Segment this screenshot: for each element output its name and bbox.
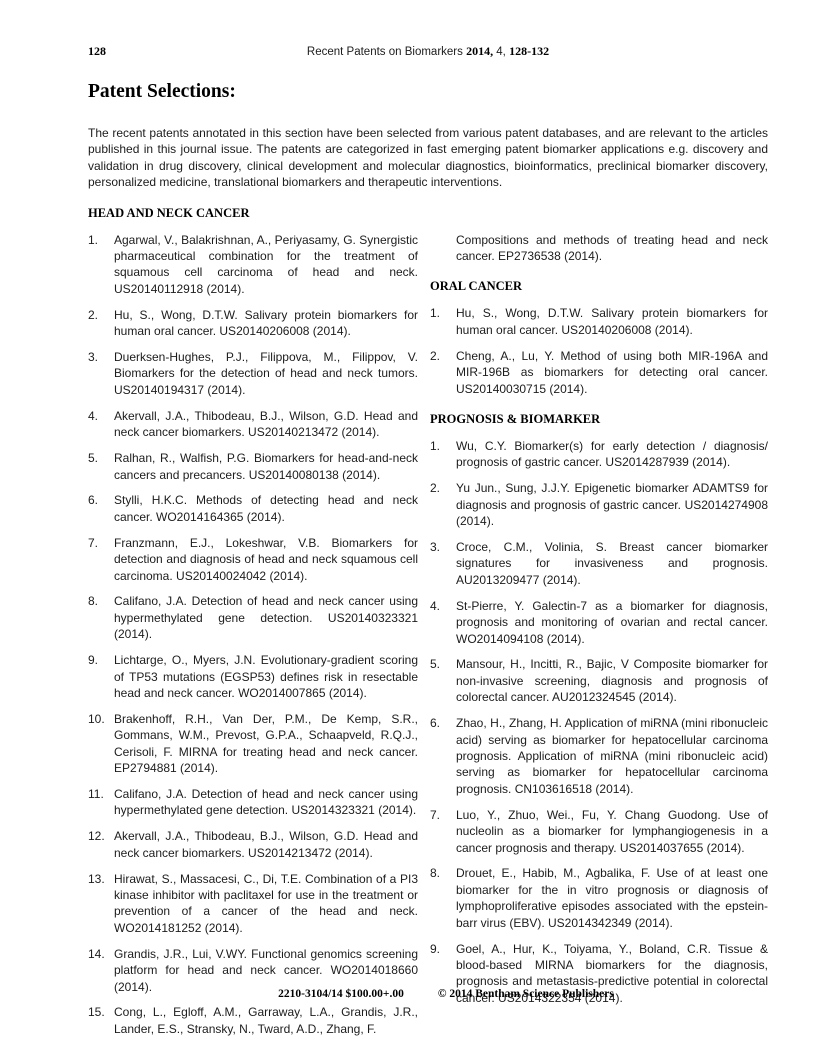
reference-item: 15.Cong, L., Egloff, A.M., Garraway, L.A… xyxy=(88,1004,418,1037)
reference-item: 9.Lichtarge, O., Myers, J.N. Evolutionar… xyxy=(88,652,418,701)
reference-item: 10.Brakenhoff, R.H., Van Der, P.M., De K… xyxy=(88,711,418,777)
reference-number: 13. xyxy=(88,871,114,937)
reference-item: 12.Akervall, J.A., Thibodeau, B.J., Wils… xyxy=(88,828,418,861)
reference-item: 4.St-Pierre, Y. Galectin-7 as a biomarke… xyxy=(430,598,768,647)
reference-continuation: Compositions and methods of treating hea… xyxy=(430,232,768,265)
reference-text: Stylli, H.K.C. Methods of detecting head… xyxy=(114,492,418,525)
reference-number: 7. xyxy=(88,535,114,584)
running-head: Recent Patents on Biomarkers 2014, 4, 12… xyxy=(307,46,549,58)
reference-text: Duerksen-Hughes, P.J., Filippova, M., Fi… xyxy=(114,349,418,398)
reference-text: Califano, J.A. Detection of head and nec… xyxy=(114,593,418,642)
reference-text: Lichtarge, O., Myers, J.N. Evolutionary-… xyxy=(114,652,418,701)
reference-item: 13.Hirawat, S., Massacesi, C., Di, T.E. … xyxy=(88,871,418,937)
reference-text: Yu Jun., Sung, J.J.Y. Epigenetic biomark… xyxy=(456,480,768,529)
intro-paragraph: The recent patents annotated in this sec… xyxy=(88,125,768,191)
reference-number: 11. xyxy=(88,786,114,819)
reference-text: Cong, L., Egloff, A.M., Garraway, L.A., … xyxy=(114,1004,418,1037)
reference-item: 7.Luo, Y., Zhuo, Wei., Fu, Y. Chang Guod… xyxy=(430,807,768,856)
left-column: HEAD AND NECK CANCER1.Agarwal, V., Balak… xyxy=(88,206,418,1047)
document-page: 128 Recent Patents on Biomarkers 2014, 4… xyxy=(0,0,816,1056)
reference-text: Ralhan, R., Walfish, P.G. Biomarkers for… xyxy=(114,450,418,483)
journal-title: Recent Patents on Biomarkers xyxy=(307,46,463,58)
page-title: Patent Selections: xyxy=(88,80,768,104)
reference-number: 6. xyxy=(430,715,456,797)
reference-text: Califano, J.A. Detection of head and nec… xyxy=(114,786,418,819)
section-heading: ORAL CANCER xyxy=(430,279,768,294)
reference-number: 4. xyxy=(430,598,456,647)
reference-number: 1. xyxy=(430,305,456,338)
section-heading: PROGNOSIS & BIOMARKER xyxy=(430,412,768,427)
reference-number: 5. xyxy=(88,450,114,483)
reference-item: 8.Drouet, E., Habib, M., Agbalika, F. Us… xyxy=(430,865,768,931)
reference-item: 5.Mansour, H., Incitti, R., Bajic, V Com… xyxy=(430,656,768,705)
reference-number: 2. xyxy=(430,480,456,529)
reference-item: 3.Croce, C.M., Volinia, S. Breast cancer… xyxy=(430,539,768,588)
reference-number: 4. xyxy=(88,408,114,441)
reference-item: 1.Hu, S., Wong, D.T.W. Salivary protein … xyxy=(430,305,768,338)
reference-number: 8. xyxy=(430,865,456,931)
footer-issn-price: 2210-3104/14 $100.00+.00 xyxy=(278,987,404,1001)
reference-number: 1. xyxy=(430,438,456,471)
reference-text: Hu, S., Wong, D.T.W. Salivary protein bi… xyxy=(456,305,768,338)
reference-item: 2.Hu, S., Wong, D.T.W. Salivary protein … xyxy=(88,307,418,340)
reference-number: 8. xyxy=(88,593,114,642)
journal-year: 2014, xyxy=(466,44,493,58)
reference-text: Wu, C.Y. Biomarker(s) for early detectio… xyxy=(456,438,768,471)
reference-text: Brakenhoff, R.H., Van Der, P.M., De Kemp… xyxy=(114,711,418,777)
reference-item: 4.Akervall, J.A., Thibodeau, B.J., Wilso… xyxy=(88,408,418,441)
reference-item: 1.Agarwal, V., Balakrishnan, A., Periyas… xyxy=(88,232,418,298)
reference-number: 1. xyxy=(88,232,114,298)
reference-number: 15. xyxy=(88,1004,114,1037)
reference-text: Franzmann, E.J., Lokeshwar, V.B. Biomark… xyxy=(114,535,418,584)
reference-text: Zhao, H., Zhang, H. Application of miRNA… xyxy=(456,715,768,797)
reference-text: Luo, Y., Zhuo, Wei., Fu, Y. Chang Guodon… xyxy=(456,807,768,856)
reference-item: 2.Yu Jun., Sung, J.J.Y. Epigenetic bioma… xyxy=(430,480,768,529)
reference-item: 7.Franzmann, E.J., Lokeshwar, V.B. Bioma… xyxy=(88,535,418,584)
journal-volume: 4, xyxy=(496,46,506,58)
reference-number xyxy=(430,232,456,265)
reference-item: 3.Duerksen-Hughes, P.J., Filippova, M., … xyxy=(88,349,418,398)
page-number: 128 xyxy=(88,44,106,58)
page-header: 128 Recent Patents on Biomarkers 2014, 4… xyxy=(88,44,768,59)
reference-number: 7. xyxy=(430,807,456,856)
reference-text: Drouet, E., Habib, M., Agbalika, F. Use … xyxy=(456,865,768,931)
reference-item: 2.Cheng, A., Lu, Y. Method of using both… xyxy=(430,348,768,397)
reference-item: 8.Califano, J.A. Detection of head and n… xyxy=(88,593,418,642)
reference-text: Hu, S., Wong, D.T.W. Salivary protein bi… xyxy=(114,307,418,340)
reference-number: 3. xyxy=(430,539,456,588)
right-column: Compositions and methods of treating hea… xyxy=(430,206,768,1047)
reference-number: 3. xyxy=(88,349,114,398)
two-column-layout: HEAD AND NECK CANCER1.Agarwal, V., Balak… xyxy=(88,206,768,1047)
reference-item: 1.Wu, C.Y. Biomarker(s) for early detect… xyxy=(430,438,768,471)
reference-item: 6.Stylli, H.K.C. Methods of detecting he… xyxy=(88,492,418,525)
footer-copyright: © 2014 Bentham Science Publishers xyxy=(438,987,614,1001)
journal-pages: 128-132 xyxy=(509,44,549,58)
reference-text: St-Pierre, Y. Galectin-7 as a biomarker … xyxy=(456,598,768,647)
reference-number: 6. xyxy=(88,492,114,525)
reference-item: 11.Califano, J.A. Detection of head and … xyxy=(88,786,418,819)
reference-number: 12. xyxy=(88,828,114,861)
reference-number: 2. xyxy=(88,307,114,340)
reference-text: Mansour, H., Incitti, R., Bajic, V Compo… xyxy=(456,656,768,705)
reference-item: 6.Zhao, H., Zhang, H. Application of miR… xyxy=(430,715,768,797)
reference-text: Akervall, J.A., Thibodeau, B.J., Wilson,… xyxy=(114,408,418,441)
reference-number: 2. xyxy=(430,348,456,397)
reference-text: Croce, C.M., Volinia, S. Breast cancer b… xyxy=(456,539,768,588)
reference-text: Akervall, J.A., Thibodeau, B.J., Wilson,… xyxy=(114,828,418,861)
reference-number: 9. xyxy=(88,652,114,701)
page-footer: 2210-3104/14 $100.00+.00 © 2014 Bentham … xyxy=(88,987,768,1001)
reference-text: Compositions and methods of treating hea… xyxy=(456,232,768,265)
section-heading: HEAD AND NECK CANCER xyxy=(88,206,418,221)
reference-text: Hirawat, S., Massacesi, C., Di, T.E. Com… xyxy=(114,871,418,937)
reference-text: Agarwal, V., Balakrishnan, A., Periyasam… xyxy=(114,232,418,298)
reference-text: Cheng, A., Lu, Y. Method of using both M… xyxy=(456,348,768,397)
reference-number: 5. xyxy=(430,656,456,705)
reference-item: 5.Ralhan, R., Walfish, P.G. Biomarkers f… xyxy=(88,450,418,483)
reference-number: 10. xyxy=(88,711,114,777)
